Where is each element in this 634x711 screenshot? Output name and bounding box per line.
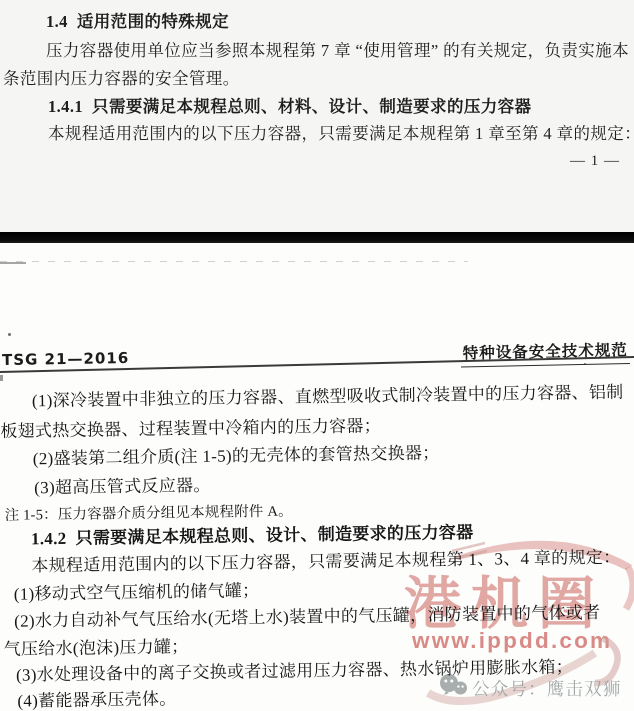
list-item: (3)超高压管式反应器。 <box>34 471 211 499</box>
list-item: (1)移动式空气压缩机的储气罐； <box>14 576 260 605</box>
list-item-continuation: 气压给水(泡沫)压力罐； <box>3 632 188 660</box>
list-item: (2)盛装第二组介质(注 1-5)的无壳体的套管热交换器； <box>33 438 440 469</box>
list-item: (4)蓄能器承压壳体。 <box>17 684 176 711</box>
scanned-document: 港机圈 www.ippdd.com 公众号：鹰击双狮 1.4 适用范围的特殊规定… <box>0 0 634 711</box>
list-item: (1)深冷装置中非独立的压力容器、直燃型吸收式制冷装置中的压力容器、铝制 <box>32 378 624 412</box>
page2-body: (1)深冷装置中非独立的压力容器、直燃型吸收式制冷装置中的压力容器、铝制 板翅式… <box>0 0 634 711</box>
list-item-continuation: 板翅式热交换器、过程装置中冷箱内的压力容器； <box>0 411 381 442</box>
section-1-4-2-heading: 1.4.2 只需要满足本规程总则、设计、制造要求的压力容器 <box>31 518 474 550</box>
